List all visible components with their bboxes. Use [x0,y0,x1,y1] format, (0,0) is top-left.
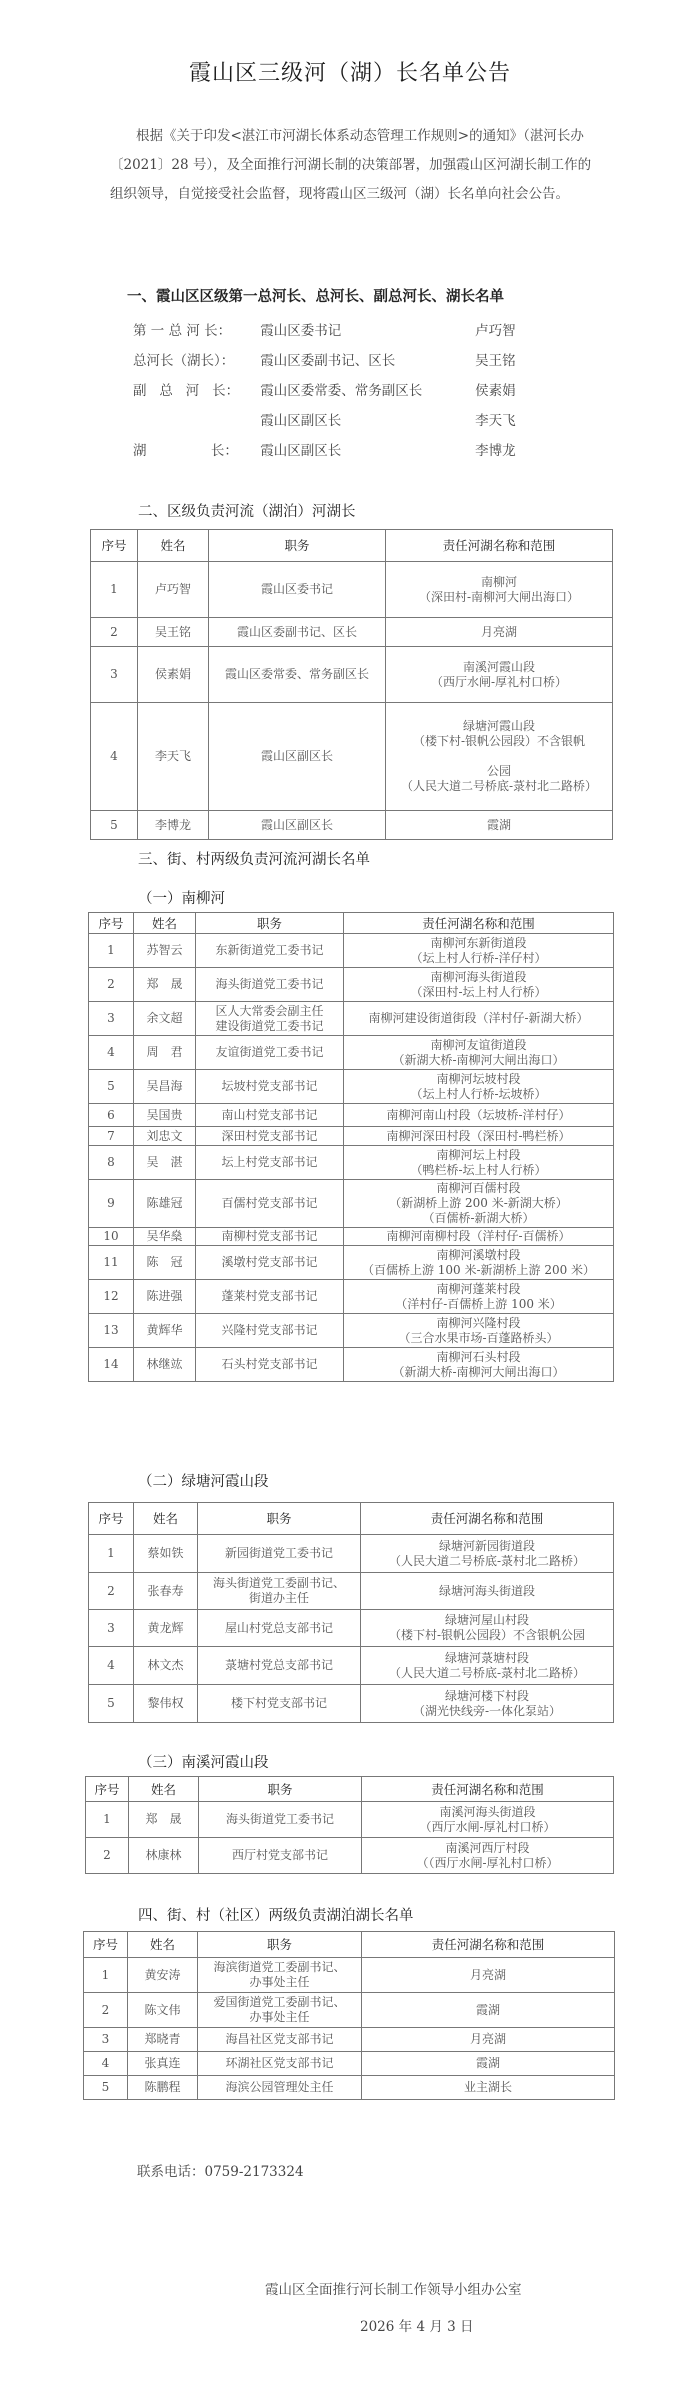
person-name: 苏智云 [134,934,196,968]
leader-name: 李博龙 [475,439,533,459]
person-name: 郑 晟 [134,968,196,1002]
row-number: 1 [91,562,138,618]
header-scope: 责任河湖名称和范围 [361,1503,614,1535]
person-name: 林文杰 [134,1647,198,1685]
district-river-chiefs-table: 序号 姓名 职务 责任河湖名称和范围 1卢巧智霞山区委书记南柳河 （深田村-南柳… [90,529,613,840]
person-name: 林继竑 [134,1348,196,1382]
header-name: 姓名 [134,913,196,934]
responsible-scope: 南柳河南柳村段（洋村仔-百儒桥） [344,1228,614,1246]
person-duty: 兴隆村党支部书记 [196,1314,344,1348]
nanliu-river-table: 序号 姓名 职务 责任河湖名称和范围 1苏智云东新街道党工委书记南柳河东新街道段… [88,912,614,1382]
leader-name: 卢巧智 [475,319,533,339]
table-row: 5吴昌海坛坡村党支部书记南柳河坛坡村段 （坛上村人行桥-坛坡桥） [89,1070,614,1104]
row-number: 2 [89,968,134,1002]
lvtang-river-table: 序号 姓名 职务 责任河湖名称和范围 1蔡如铁新园街道党工委书记绿塘河新园街道段… [88,1502,614,1723]
responsible-scope: 绿塘河海头街道段 [361,1573,614,1610]
responsible-scope: 南柳河溪墩村段 （百儒桥上游 100 米-新湖桥上游 200 米） [344,1246,614,1280]
person-duty: 楼下村党支部书记 [198,1685,361,1723]
person-name: 林康林 [129,1838,199,1874]
person-duty: 东新街道党工委书记 [196,934,344,968]
responsible-scope: 南柳河蓬莱村段 （洋村仔-百儒桥上游 100 米） [344,1280,614,1314]
leader-row: 湖 长： 霞山区副区长 李博龙 [133,434,533,464]
table-header-row: 序号 姓名 职务 责任河湖名称和范围 [91,530,613,562]
leader-role: 总河长（湖长）： [133,349,260,369]
row-number: 4 [84,2052,128,2076]
table-row: 2吴王铭霞山区委副书记、区长月亮湖 [91,618,613,647]
table-row: 9陈雄冠百儒村党支部书记南柳河百儒村段 （新湖桥上游 200 米-新湖大桥） （… [89,1180,614,1228]
subsection1-heading: （一）南柳河 [138,887,225,908]
person-duty: 海头街道党工委书记 [196,968,344,1002]
person-duty: 友谊街道党工委书记 [196,1036,344,1070]
person-duty: 坛坡村党支部书记 [196,1070,344,1104]
person-duty: 海滨公园管理处主任 [198,2076,362,2100]
person-duty: 菉塘村党总支部书记 [198,1647,361,1685]
person-name: 陈雄冠 [134,1180,196,1228]
person-name: 蔡如铁 [134,1535,198,1573]
person-duty: 西厅村党支部书记 [199,1838,362,1874]
table-row: 12陈进强蓬莱村党支部书记南柳河蓬莱村段 （洋村仔-百儒桥上游 100 米） [89,1280,614,1314]
leader-duty: 霞山区委常委、常务副区长 [260,379,475,399]
person-duty: 霞山区委常委、常务副区长 [209,647,386,703]
section4-heading: 四、街、村（社区）两级负责湖泊湖长名单 [138,1904,414,1925]
responsible-scope: 业主湖长 [362,2076,615,2100]
responsible-scope: 南溪河海头街道段 （西厅水闸-厚礼村口桥） [362,1802,614,1838]
person-duty: 南山村党支部书记 [196,1104,344,1127]
person-duty: 坛上村党支部书记 [196,1146,344,1180]
intro-paragraph: 根据《关于印发<湛江市河湖长体系动态管理工作规则>的通知》（湛河长办〔2021〕… [110,122,600,209]
row-number: 1 [84,1958,128,1993]
header-no: 序号 [91,530,138,562]
leader-duty: 霞山区委副书记、区长 [260,349,475,369]
leader-name: 李天飞 [475,409,533,429]
header-name: 姓名 [128,1932,198,1958]
table-row: 3郑晓青海昌社区党支部书记月亮湖 [84,2028,615,2052]
person-duty: 霞山区委副书记、区长 [209,618,386,647]
table-row: 2林康林西厅村党支部书记南溪河西厅村段 （（西厅水闸-厚礼村口桥） [86,1838,614,1874]
person-name: 侯素娟 [138,647,209,703]
responsible-scope: 南溪河霞山段 （西厅水闸-厚礼村口桥） [386,647,613,703]
table-row: 5黎伟权楼下村党支部书记绿塘河楼下村段 （湖光快线旁-一体化泵站） [89,1685,614,1723]
person-name: 黎伟权 [134,1685,198,1723]
person-name: 张春寿 [134,1573,198,1610]
table-row: 11陈 冠溪墩村党支部书记南柳河溪墩村段 （百儒桥上游 100 米-新湖桥上游 … [89,1246,614,1280]
responsible-scope: 南柳河百儒村段 （新湖桥上游 200 米-新湖大桥） （百儒桥-新湖大桥） [344,1180,614,1228]
table-row: 13黄辉华兴隆村党支部书记南柳河兴隆村段 （三合水果市场-百蓬路桥头） [89,1314,614,1348]
responsible-scope: 月亮湖 [386,618,613,647]
table-row: 1蔡如铁新园街道党工委书记绿塘河新园街道段 （人民大道二号桥底-菉村北二路桥） [89,1535,614,1573]
table-row: 2陈文伟爱国街道党工委副书记、 办事处主任霞湖 [84,1993,615,2028]
table-row: 2张春寿海头街道党工委副书记、 街道办主任绿塘河海头街道段 [89,1573,614,1610]
table-row: 4周 君友谊街道党工委书记南柳河友谊街道段 （新湖大桥-南柳河大闸出海口） [89,1036,614,1070]
table-row: 5李博龙霞山区副区长霞湖 [91,811,613,840]
responsible-scope: 绿塘河新园街道段 （人民大道二号桥底-菉村北二路桥） [361,1535,614,1573]
section3-heading: 三、街、村两级负责河流河湖长名单 [138,848,370,869]
signature-date: 2026 年 4 月 3 日 [360,2315,474,2335]
responsible-scope: 南柳河石头村段 （新湖大桥-南柳河大闸出海口） [344,1348,614,1382]
row-number: 11 [89,1246,134,1280]
table-row: 14林继竑石头村党支部书记南柳河石头村段 （新湖大桥-南柳河大闸出海口） [89,1348,614,1382]
person-duty: 霞山区副区长 [209,811,386,840]
row-number: 3 [89,1002,134,1036]
nanxi-river-table: 序号 姓名 职务 责任河湖名称和范围 1郑 晟海头街道党工委书记南溪河海头街道段… [85,1776,614,1874]
person-name: 刘忠文 [134,1127,196,1146]
table-header-row: 序号 姓名 职务 责任河湖名称和范围 [84,1932,615,1958]
table-row: 1郑 晟海头街道党工委书记南溪河海头街道段 （西厅水闸-厚礼村口桥） [86,1802,614,1838]
person-duty: 霞山区副区长 [209,703,386,811]
person-duty: 石头村党支部书记 [196,1348,344,1382]
lake-chiefs-table: 序号 姓名 职务 责任河湖名称和范围 1黄安涛海滨街道党工委副书记、 办事处主任… [83,1931,615,2100]
responsible-scope: 南溪河西厅村段 （（西厅水闸-厚礼村口桥） [362,1838,614,1874]
person-name: 郑晓青 [128,2028,198,2052]
responsible-scope: 南柳河南山村段（坛坡桥-洋村仔） [344,1104,614,1127]
row-number: 2 [91,618,138,647]
person-duty: 溪墩村党支部书记 [196,1246,344,1280]
person-name: 余文超 [134,1002,196,1036]
person-name: 周 君 [134,1036,196,1070]
header-name: 姓名 [138,530,209,562]
person-duty: 区人大常委会副主任 建设街道党工委书记 [196,1002,344,1036]
person-duty: 百儒村党支部书记 [196,1180,344,1228]
table-row: 1苏智云东新街道党工委书记南柳河东新街道段 （坛上村人行桥-洋仔村） [89,934,614,968]
header-duty: 职务 [196,913,344,934]
row-number: 3 [84,2028,128,2052]
header-scope: 责任河湖名称和范围 [362,1932,615,1958]
person-name: 李天飞 [138,703,209,811]
header-name: 姓名 [129,1777,199,1802]
header-no: 序号 [89,913,134,934]
table-row: 10吴华燊南柳村党支部书记南柳河南柳村段（洋村仔-百儒桥） [89,1228,614,1246]
row-number: 6 [89,1104,134,1127]
leader-role: 副 总 河 长： [133,379,260,399]
person-name: 吴 湛 [134,1146,196,1180]
row-number: 2 [84,1993,128,2028]
person-name: 吴国贵 [134,1104,196,1127]
responsible-scope: 绿塘河霞山段 （楼下村-银帆公园段）不含银帆 公园 （人民大道二号桥底-菉村北二… [386,703,613,811]
table-row: 2郑 晟海头街道党工委书记南柳河海头街道段 （深田村-坛上村人行桥） [89,968,614,1002]
row-number: 3 [91,647,138,703]
header-duty: 职务 [198,1932,362,1958]
table-row: 8吴 湛坛上村党支部书记南柳河坛上村段 （鸭栏桥-坛上村人行桥） [89,1146,614,1180]
person-duty: 蓬莱村党支部书记 [196,1280,344,1314]
row-number: 3 [89,1610,134,1647]
row-number: 10 [89,1228,134,1246]
person-name: 陈鹏程 [128,2076,198,2100]
header-scope: 责任河湖名称和范围 [344,913,614,934]
subsection2-heading: （二）绿塘河霞山段 [138,1470,269,1491]
table-row: 3侯素娟霞山区委常委、常务副区长南溪河霞山段 （西厅水闸-厚礼村口桥） [91,647,613,703]
header-scope: 责任河湖名称和范围 [386,530,613,562]
responsible-scope: 南柳河深田村段（深田村-鸭栏桥） [344,1127,614,1146]
person-name: 李博龙 [138,811,209,840]
person-duty: 屋山村党总支部书记 [198,1610,361,1647]
leader-role: 第 一 总 河 长： [133,319,260,339]
table-row: 4张真连环湖社区党支部书记霞湖 [84,2052,615,2076]
row-number: 2 [86,1838,129,1874]
person-name: 吴昌海 [134,1070,196,1104]
row-number: 5 [89,1070,134,1104]
row-number: 14 [89,1348,134,1382]
person-name: 黄安涛 [128,1958,198,1993]
district-leaders-list: 第 一 总 河 长： 霞山区委书记 卢巧智 总河长（湖长）： 霞山区委副书记、区… [133,314,533,464]
table-row: 5陈鹏程海滨公园管理处主任业主湖长 [84,2076,615,2100]
header-no: 序号 [86,1777,129,1802]
person-name: 张真连 [128,2052,198,2076]
row-number: 5 [84,2076,128,2100]
responsible-scope: 绿塘河屋山村段 （楼下村-银帆公园段）不含银帆公园 [361,1610,614,1647]
table-row: 1黄安涛海滨街道党工委副书记、 办事处主任月亮湖 [84,1958,615,1993]
person-duty: 爱国街道党工委副书记、 办事处主任 [198,1993,362,2028]
person-duty: 海滨街道党工委副书记、 办事处主任 [198,1958,362,1993]
responsible-scope: 南柳河兴隆村段 （三合水果市场-百蓬路桥头） [344,1314,614,1348]
leader-name: 吴王铭 [475,349,533,369]
person-name: 陈文伟 [128,1993,198,2028]
person-duty: 霞山区委书记 [209,562,386,618]
header-duty: 职务 [198,1503,361,1535]
person-name: 吴华燊 [134,1228,196,1246]
row-number: 2 [89,1573,134,1610]
row-number: 12 [89,1280,134,1314]
person-duty: 深田村党支部书记 [196,1127,344,1146]
responsible-scope: 南柳河东新街道段 （坛上村人行桥-洋仔村） [344,934,614,968]
page-title: 霞山区三级河（湖）长名单公告 [0,56,700,87]
leader-row: 副 总 河 长： 霞山区委常委、常务副区长 侯素娟 [133,374,533,404]
row-number: 5 [91,811,138,840]
person-name: 郑 晟 [129,1802,199,1838]
table-row: 7刘忠文深田村党支部书记南柳河深田村段（深田村-鸭栏桥） [89,1127,614,1146]
responsible-scope: 南柳河 （深田村-南柳河大闸出海口） [386,562,613,618]
person-duty: 海头街道党工委副书记、 街道办主任 [198,1573,361,1610]
table-row: 4李天飞霞山区副区长绿塘河霞山段 （楼下村-银帆公园段）不含银帆 公园 （人民大… [91,703,613,811]
header-duty: 职务 [209,530,386,562]
leader-name: 侯素娟 [475,379,533,399]
leader-row: 第 一 总 河 长： 霞山区委书记 卢巧智 [133,314,533,344]
leader-duty: 霞山区委书记 [260,319,475,339]
section1-heading: 一、霞山区区级第一总河长、总河长、副总河长、湖长名单 [127,285,504,306]
person-name: 卢巧智 [138,562,209,618]
responsible-scope: 南柳河海头街道段 （深田村-坛上村人行桥） [344,968,614,1002]
person-name: 陈 冠 [134,1246,196,1280]
row-number: 7 [89,1127,134,1146]
leader-row: 霞山区副区长 李天飞 [133,404,533,434]
row-number: 4 [89,1036,134,1070]
row-number: 9 [89,1180,134,1228]
row-number: 4 [89,1647,134,1685]
responsible-scope: 绿塘河楼下村段 （湖光快线旁-一体化泵站） [361,1685,614,1723]
responsible-scope: 南柳河友谊街道段 （新湖大桥-南柳河大闸出海口） [344,1036,614,1070]
header-no: 序号 [84,1932,128,1958]
subsection3-heading: （三）南溪河霞山段 [138,1751,269,1772]
person-name: 黄龙辉 [134,1610,198,1647]
row-number: 5 [89,1685,134,1723]
responsible-scope: 月亮湖 [362,1958,615,1993]
responsible-scope: 霞湖 [386,811,613,840]
table-row: 3余文超区人大常委会副主任 建设街道党工委书记南柳河建设街道街段（洋村仔-新湖大… [89,1002,614,1036]
contact-phone: 联系电话：0759-2173324 [137,2160,304,2180]
table-row: 1卢巧智霞山区委书记南柳河 （深田村-南柳河大闸出海口） [91,562,613,618]
responsible-scope: 霞湖 [362,2052,615,2076]
person-name: 黄辉华 [134,1314,196,1348]
responsible-scope: 南柳河建设街道街段（洋村仔-新湖大桥） [344,1002,614,1036]
leader-row: 总河长（湖长）： 霞山区委副书记、区长 吴王铭 [133,344,533,374]
responsible-scope: 绿塘河菉塘村段 （人民大道二号桥底-菉村北二路桥） [361,1647,614,1685]
header-scope: 责任河湖名称和范围 [362,1777,614,1802]
table-header-row: 序号 姓名 职务 责任河湖名称和范围 [89,1503,614,1535]
responsible-scope: 南柳河坛坡村段 （坛上村人行桥-坛坡桥） [344,1070,614,1104]
person-name: 陈进强 [134,1280,196,1314]
responsible-scope: 南柳河坛上村段 （鸭栏桥-坛上村人行桥） [344,1146,614,1180]
header-no: 序号 [89,1503,134,1535]
row-number: 13 [89,1314,134,1348]
table-header-row: 序号 姓名 职务 责任河湖名称和范围 [86,1777,614,1802]
leader-duty: 霞山区副区长 [260,409,475,429]
person-duty: 环湖社区党支部书记 [198,2052,362,2076]
signature-org: 霞山区全面推行河长制工作领导小组办公室 [265,2278,522,2298]
leader-duty: 霞山区副区长 [260,439,475,459]
header-duty: 职务 [199,1777,362,1802]
row-number: 1 [89,1535,134,1573]
person-duty: 新园街道党工委书记 [198,1535,361,1573]
table-header-row: 序号 姓名 职务 责任河湖名称和范围 [89,913,614,934]
responsible-scope: 月亮湖 [362,2028,615,2052]
table-row: 4林文杰菉塘村党总支部书记绿塘河菉塘村段 （人民大道二号桥底-菉村北二路桥） [89,1647,614,1685]
leader-role: 湖 长： [133,439,260,459]
row-number: 4 [91,703,138,811]
person-duty: 南柳村党支部书记 [196,1228,344,1246]
table-row: 6吴国贵南山村党支部书记南柳河南山村段（坛坡桥-洋村仔） [89,1104,614,1127]
person-duty: 海头街道党工委书记 [199,1802,362,1838]
person-name: 吴王铭 [138,618,209,647]
person-duty: 海昌社区党支部书记 [198,2028,362,2052]
responsible-scope: 霞湖 [362,1993,615,2028]
section2-heading: 二、区级负责河流（湖泊）河湖长 [138,500,356,521]
table-row: 3黄龙辉屋山村党总支部书记绿塘河屋山村段 （楼下村-银帆公园段）不含银帆公园 [89,1610,614,1647]
row-number: 1 [89,934,134,968]
header-name: 姓名 [134,1503,198,1535]
row-number: 8 [89,1146,134,1180]
row-number: 1 [86,1802,129,1838]
